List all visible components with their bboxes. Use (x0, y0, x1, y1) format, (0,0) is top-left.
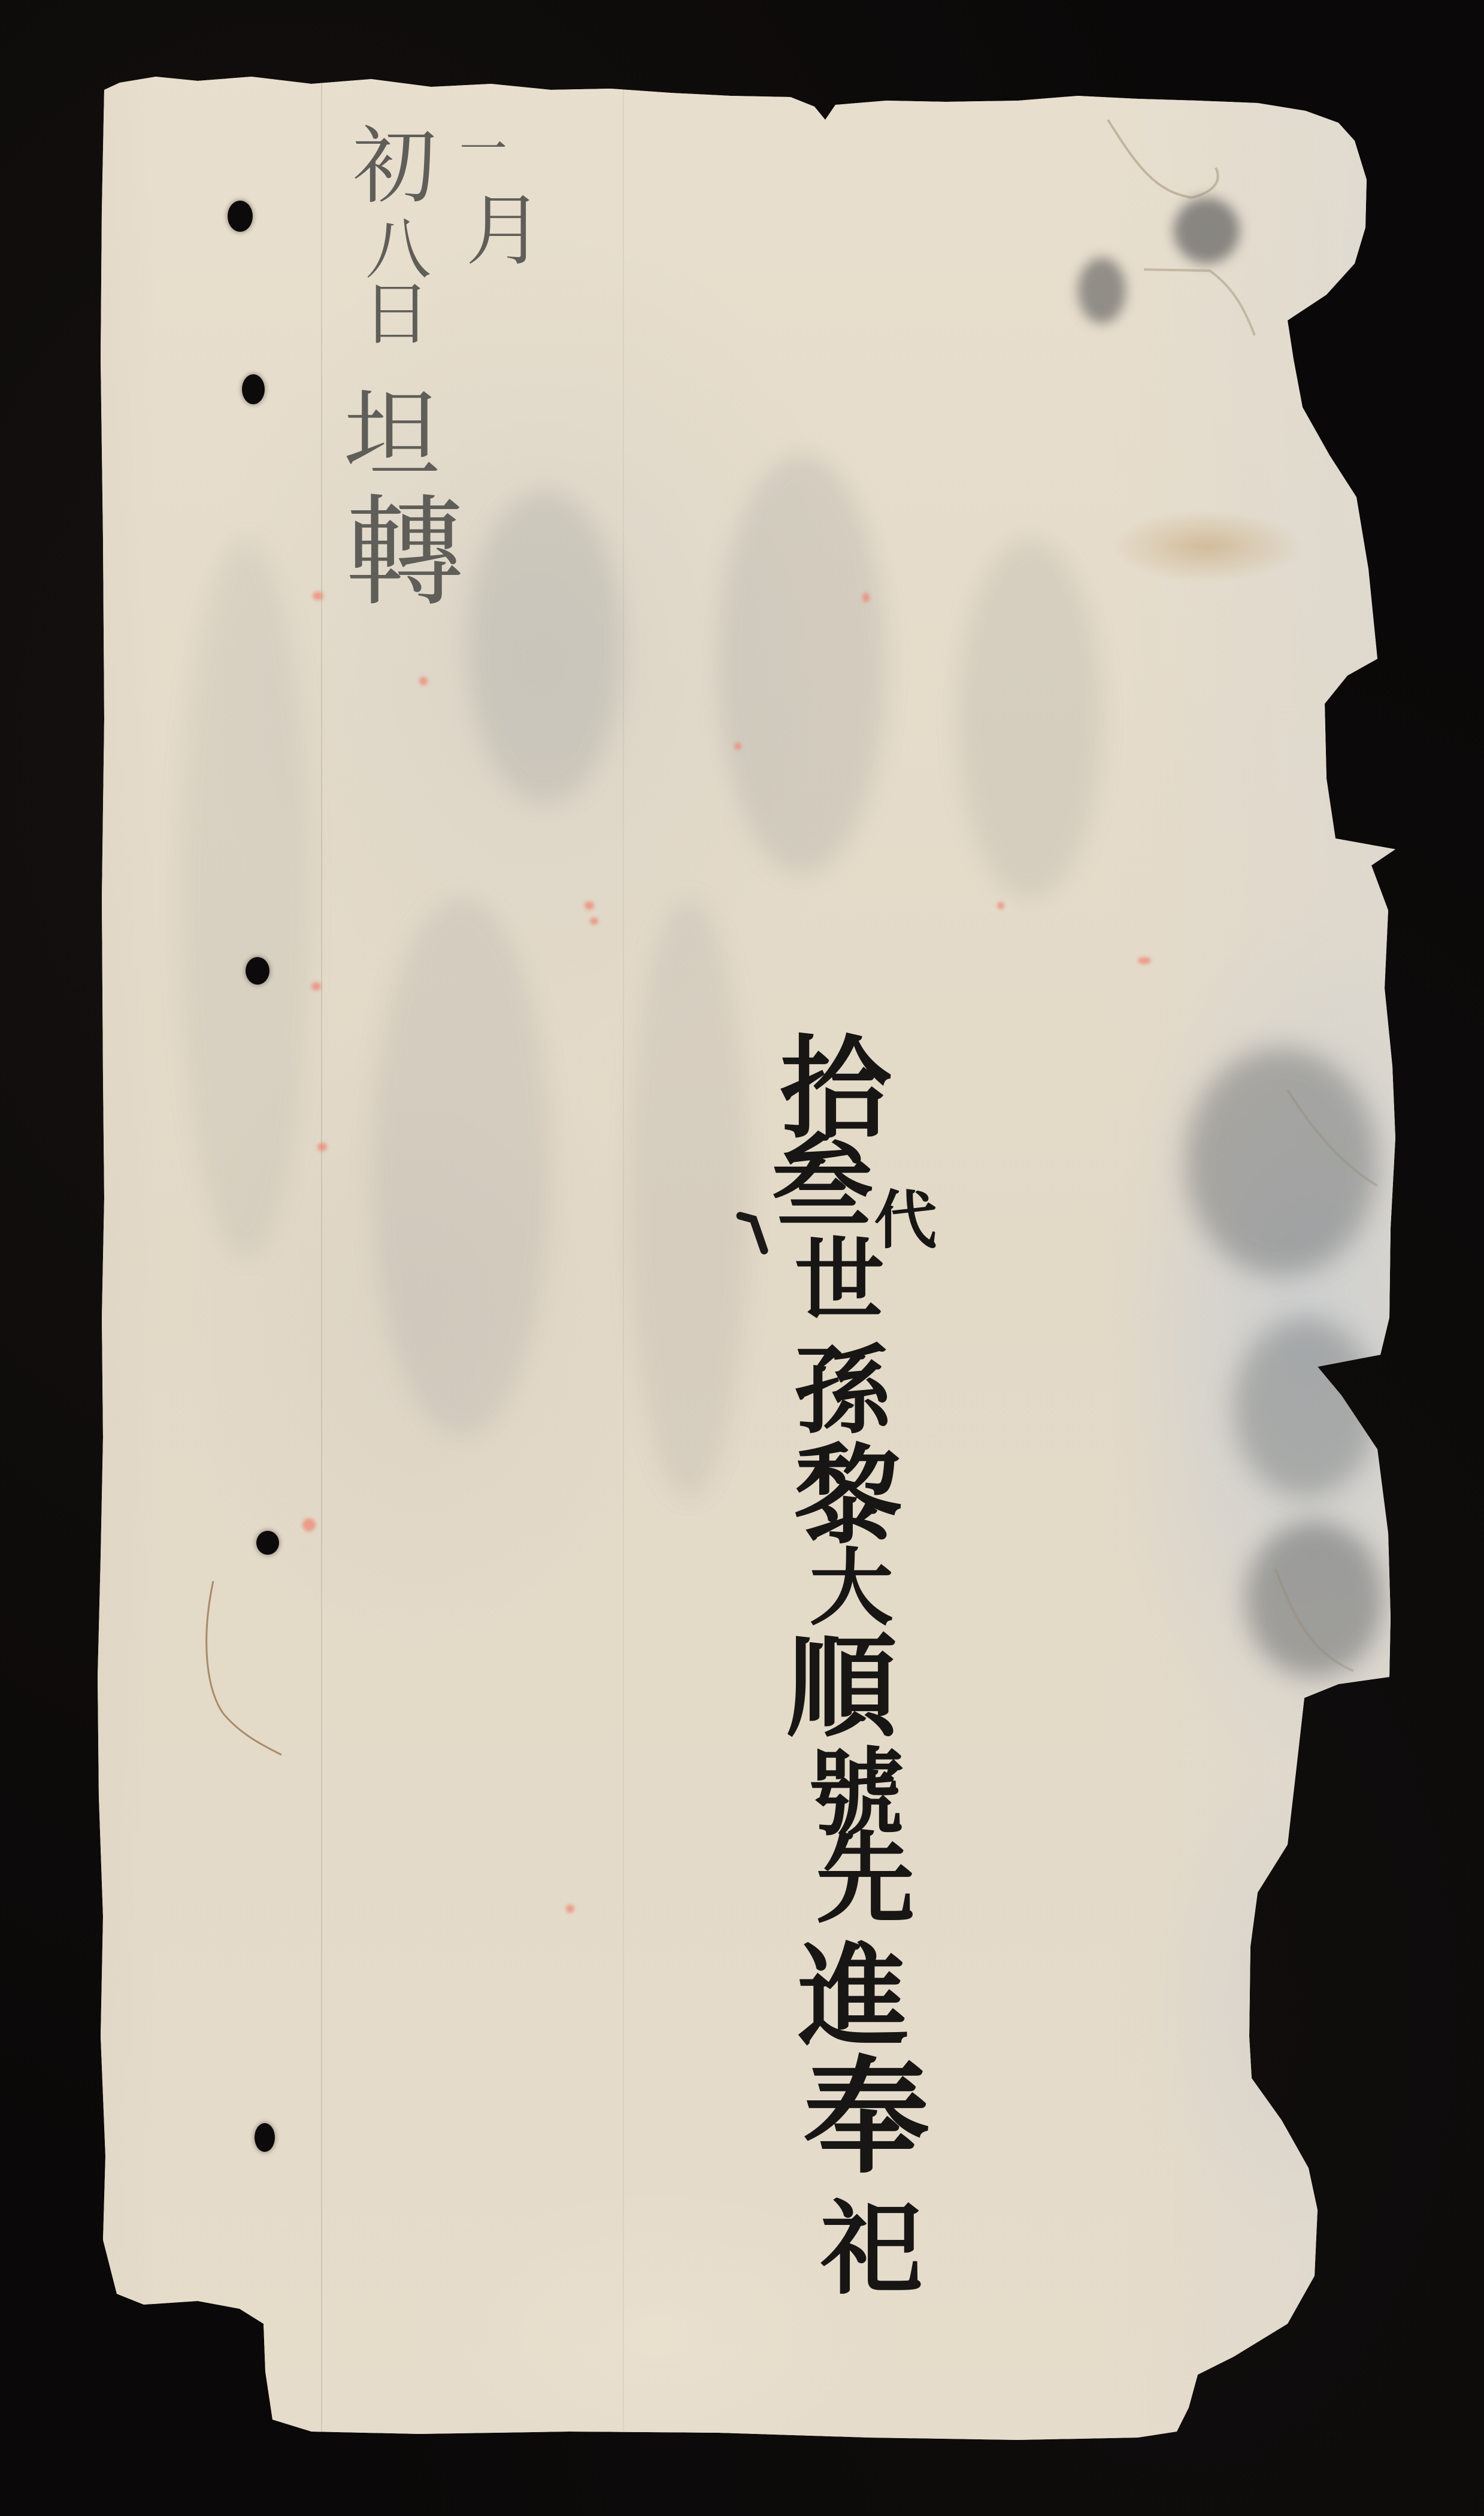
binding-hole (228, 201, 253, 232)
inscription-char: 號 (796, 1755, 916, 1831)
edge-ink-fragment (1234, 1318, 1377, 1497)
inscription-char: 順 (789, 1621, 894, 1753)
annotation-char: 坦 (331, 388, 452, 483)
bleed-through-ink (180, 539, 311, 1258)
red-speck (419, 677, 428, 685)
red-speck (997, 902, 1004, 909)
annotation-char: 八 (350, 226, 446, 273)
inscription-char: 孫 (792, 1349, 892, 1431)
inscription-char: 先 (807, 1839, 924, 1918)
paper-fold-line (321, 84, 322, 2432)
red-speck (584, 901, 594, 910)
manuscript-paper: 一 月 初 八 日 坦 轉 拾 叁 代 世 孫 黎 大 順 號 先 進 奉 祀 (0, 0, 1484, 2516)
bleed-through-ink (467, 491, 623, 803)
red-speck (1138, 957, 1151, 964)
inscription-char: 祀 (789, 2208, 954, 2290)
inscription-char: 世 (779, 1248, 900, 1313)
edge-ink-fragment (1078, 258, 1126, 323)
edge-ink-fragment (1186, 1048, 1377, 1276)
bleed-through-ink (629, 898, 749, 1497)
edge-ink-fragment (1174, 198, 1240, 264)
inscription-char: 叁 (762, 1134, 882, 1232)
red-speck (313, 592, 323, 600)
red-speck (590, 918, 598, 925)
fibre-line (207, 1581, 281, 1755)
binding-hole (242, 374, 265, 404)
annotation-char: 轉 (341, 479, 468, 628)
red-speck (311, 982, 321, 991)
bleed-through-ink (719, 455, 886, 874)
annotation-char: 初 (344, 123, 445, 211)
red-speck (317, 1143, 327, 1151)
annotation-char: 日 (367, 278, 426, 350)
red-speck (1282, 1857, 1297, 1865)
annotation-char: 月 (476, 186, 533, 275)
bleed-through-ink (958, 539, 1102, 898)
paper-fold-line (623, 84, 624, 2432)
binding-hole (256, 1531, 279, 1555)
edge-ink-fragment (1246, 1521, 1383, 1677)
red-speck (862, 593, 870, 602)
inscription-char: 進 (798, 1934, 908, 2058)
inscription-char: 黎 (773, 1445, 924, 1547)
annotation-char: 一 (462, 129, 504, 171)
inscription-char: 奉 (789, 2052, 944, 2182)
red-speck (734, 743, 741, 750)
red-speck (566, 1905, 574, 1913)
paper-crinkle (1144, 270, 1255, 335)
inscription-char: 大 (792, 1557, 910, 1619)
bleed-through-ink (371, 898, 551, 1437)
binding-hole (255, 2123, 275, 2152)
binding-hole (246, 957, 269, 985)
paper-crinkle (1108, 120, 1218, 198)
red-speck (302, 1518, 316, 1531)
